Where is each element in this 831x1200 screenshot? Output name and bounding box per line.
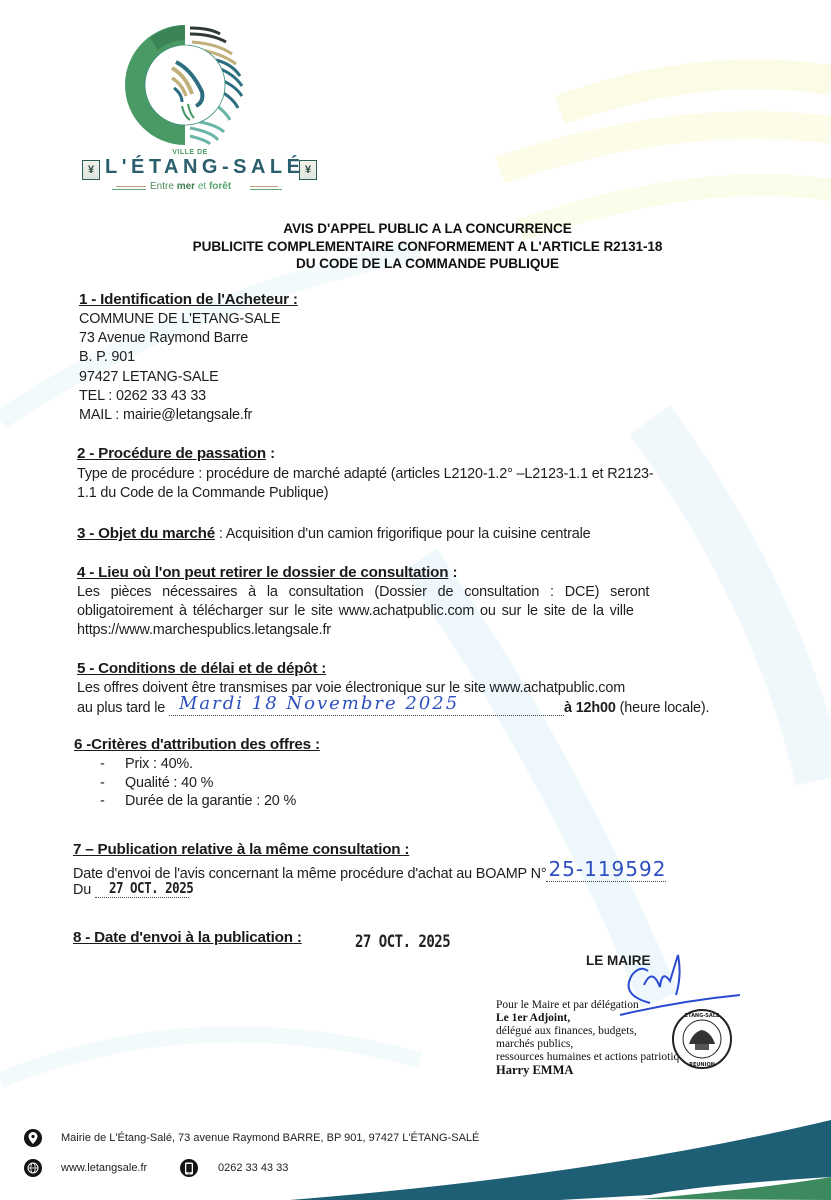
boamp-number: 25-119592 bbox=[548, 857, 666, 881]
tagline: Entre mer et forêt bbox=[150, 181, 231, 192]
svg-text:REUNION: REUNION bbox=[689, 1062, 715, 1068]
criteria-list: -Prix : 40%. -Qualité : 40 % -Durée de l… bbox=[100, 755, 296, 811]
buyer-identification: COMMUNE DE L'ETANG-SALE 73 Avenue Raymon… bbox=[79, 310, 280, 425]
handwritten-deadline: Mardi 18 Novembre 2025 bbox=[179, 693, 459, 714]
town-name: L'ÉTANG-SALÉ bbox=[105, 156, 305, 179]
footer-wave bbox=[0, 1115, 831, 1200]
section-8-heading: 8 - Date d'envoi à la publication : bbox=[73, 929, 302, 946]
section-3-heading: 3 - Objet du marché bbox=[77, 525, 215, 542]
section-1-heading: 1 - Identification de l'Acheteur : bbox=[79, 291, 298, 308]
market-object: : Acquisition d'un camion frigorifique p… bbox=[215, 526, 591, 542]
title-line-3: DU CODE DE LA COMMANDE PUBLIQUE bbox=[0, 255, 831, 273]
marches-publics-link[interactable]: https://www.marchespublics.letangsale.fr bbox=[77, 621, 740, 640]
location-pin-icon bbox=[24, 1129, 42, 1147]
criterion-item: -Prix : 40%. bbox=[100, 755, 296, 774]
footer-address: Mairie de L'Étang-Salé, 73 avenue Raymon… bbox=[61, 1132, 479, 1144]
document-title: AVIS D'APPEL PUBLIC A LA CONCURRENCE PUB… bbox=[0, 220, 831, 273]
coat-of-arms-icon: ¥ bbox=[82, 160, 100, 180]
buyer-po-box: B. P. 901 bbox=[79, 348, 280, 367]
deadline-line: au plus tard le Mardi 18 Novembre 2025à … bbox=[77, 700, 709, 716]
coat-of-arms-icon: ¥ bbox=[299, 160, 317, 180]
buyer-email: MAIL : mairie@letangsale.fr bbox=[79, 406, 280, 425]
buyer-street: 73 Avenue Raymond Barre bbox=[79, 329, 280, 348]
section-7-heading: 7 – Publication relative à la même consu… bbox=[73, 841, 409, 858]
section-6-heading: 6 -Critères d'attribution des offres : bbox=[74, 736, 320, 753]
dce-text: Les pièces nécessaires à la consultation… bbox=[77, 583, 740, 640]
publication-date-stamp: 27 OCT. 2025 bbox=[355, 932, 450, 951]
buyer-city: 97427 LETANG-SALE bbox=[79, 368, 280, 387]
svg-text:ETANG-SALE: ETANG-SALE bbox=[685, 1013, 720, 1019]
procedure-text: Type de procédure : procédure de marché … bbox=[77, 465, 654, 503]
section-4-heading: 4 - Lieu où l'on peut retirer le dossier… bbox=[77, 564, 458, 582]
criterion-item: -Qualité : 40 % bbox=[100, 774, 296, 793]
city-logo bbox=[120, 20, 250, 150]
delegation-block: Pour le Maire et par délégation Le 1er A… bbox=[496, 999, 695, 1077]
signatory-name: Harry EMMA bbox=[496, 1064, 695, 1077]
ville-de-label: VILLE DE bbox=[0, 149, 380, 156]
globe-icon bbox=[24, 1159, 42, 1177]
section-3: 3 - Objet du marché : Acquisition d'un c… bbox=[77, 525, 591, 543]
date-stamp: 27 OCT. 2025 bbox=[109, 879, 193, 897]
footer-website[interactable]: www.letangsale.fr bbox=[61, 1162, 147, 1174]
title-line-1: AVIS D'APPEL PUBLIC A LA CONCURRENCE bbox=[0, 220, 831, 238]
official-seal-icon: ETANG-SALE REUNION bbox=[671, 1008, 733, 1070]
phone-icon bbox=[180, 1159, 198, 1177]
buyer-name: COMMUNE DE L'ETANG-SALE bbox=[79, 310, 280, 329]
criterion-item: -Durée de la garantie : 20 % bbox=[100, 792, 296, 811]
section-5-heading: 5 - Conditions de délai et de dépôt : bbox=[77, 660, 326, 677]
title-line-2: PUBLICITE COMPLEMENTAIRE CONFORMEMENT A … bbox=[0, 238, 831, 256]
du-line: Du 27 OCT. 2025 bbox=[73, 882, 189, 898]
buyer-phone: TEL : 0262 33 43 33 bbox=[79, 387, 280, 406]
footer-phone: 0262 33 43 33 bbox=[218, 1162, 288, 1174]
section-2-heading: 2 - Procédure de passation : bbox=[77, 445, 275, 463]
